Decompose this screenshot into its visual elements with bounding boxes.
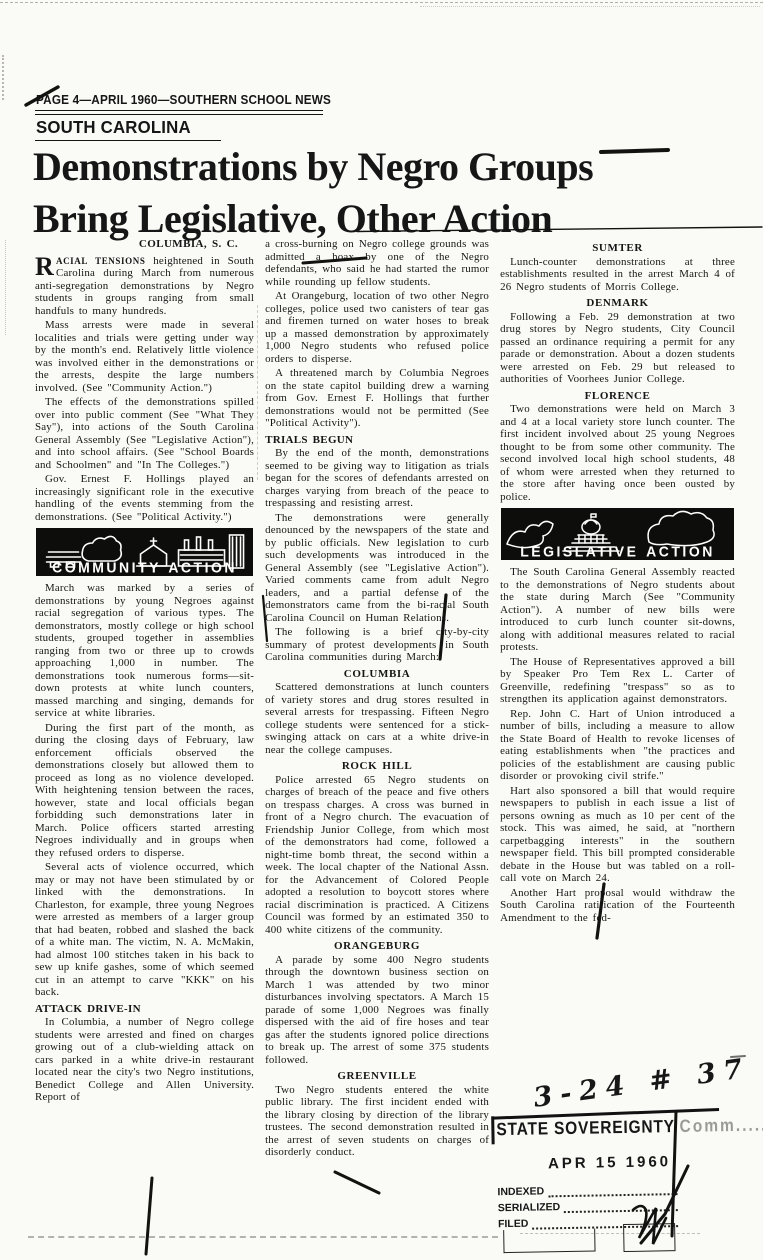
paragraph: At Orangeburg, location of two other Neg… <box>265 290 489 365</box>
dotted-leader <box>564 1201 678 1213</box>
paragraph: During the first part of the month, as d… <box>35 722 254 860</box>
stamp-left-rule <box>491 1116 494 1144</box>
kicker-underline-rule <box>35 110 323 115</box>
paragraph: A parade by some 400 Negro students thro… <box>265 954 489 1067</box>
stamp-box <box>503 1229 595 1254</box>
paragraph: Lunch-counter demonstrations at three es… <box>500 256 735 294</box>
headline-line-1: Demonstrations by Negro Groups <box>33 141 757 193</box>
page-kicker: PAGE 4—APRIL 1960—SOUTHERN SCHOOL NEWS <box>36 93 331 107</box>
lead-small-caps: ACIAL TENSIONS <box>56 256 145 266</box>
community-action-banner: COMMUNITY ACTION <box>36 528 253 576</box>
paragraph: The following is a brief city-by-city su… <box>265 626 489 664</box>
paragraph: Scattered demonstrations at lunch counte… <box>265 681 489 756</box>
newspaper-scan-page: { "page": { "kicker": "PAGE 4—APRIL 1960… <box>0 0 763 1260</box>
paragraph: RACIAL TENSIONS heightened in South Caro… <box>35 255 254 318</box>
paragraph: The South Carolina General Assembly reac… <box>500 566 735 654</box>
paragraph: A threatened march by Columbia Negroes o… <box>265 367 489 430</box>
paragraph: Gov. Ernest F. Hollings played an increa… <box>35 473 254 523</box>
paragraph: Another Hart proposal would withdraw the… <box>500 887 735 925</box>
paragraph: Police arrested 65 Negro students on cha… <box>265 774 489 937</box>
subheading: GREENVILLE <box>265 1070 489 1083</box>
stamp-row-indexed: INDEXED <box>497 1183 677 1198</box>
stamp-date: APR 15 1960 <box>548 1153 671 1172</box>
paragraph: The demonstrations were generally denoun… <box>265 512 489 625</box>
paragraph: The effects of the demonstrations spille… <box>35 396 254 471</box>
subheading: ORANGEBURG <box>265 940 489 953</box>
subheading: TRIALS BEGUN <box>265 434 489 447</box>
legislative-action-banner: LEGISLATIVE ACTION <box>501 508 734 560</box>
scan-edge-noise <box>0 2 763 3</box>
paragraph: Two demonstrations were held on March 3 … <box>500 403 735 503</box>
paragraph: Several acts of violence occurred, which… <box>35 861 254 999</box>
subheading: ATTACK DRIVE-IN <box>35 1003 254 1016</box>
paragraph: Hart also sponsored a bill that would re… <box>500 785 735 885</box>
stamp-agency-name: STATE SOVEREIGNTY Comm....... <box>496 1115 763 1141</box>
paragraph: By the end of the month, demonstrations … <box>265 447 489 510</box>
paragraph: a cross-burning on Negro college grounds… <box>265 238 489 288</box>
scan-edge-noise <box>5 240 6 335</box>
paragraph: Two Negro students entered the white pub… <box>265 1084 489 1159</box>
paragraph: Rep. John C. Hart of Union introduced a … <box>500 708 735 783</box>
stamp-box <box>623 1223 675 1252</box>
subheading: FLORENCE <box>500 390 735 403</box>
dateline: COLUMBIA, S. C. <box>35 238 254 251</box>
subheading: COLUMBIA <box>265 668 489 681</box>
paragraph: Following a Feb. 29 demonstration at two… <box>500 311 735 386</box>
sovereignty-stamp: 3-24 # 37 STATE SOVEREIGNTY Comm....... … <box>490 1066 759 1260</box>
banner-label: COMMUNITY ACTION <box>36 560 253 574</box>
article-column-1: COLUMBIA, S. C.RACIAL TENSIONS heightene… <box>35 238 254 1258</box>
subheading: DENMARK <box>500 297 735 310</box>
article-headline: Demonstrations by Negro Groups Bring Leg… <box>33 141 757 245</box>
article-column-2: a cross-burning on Negro college grounds… <box>265 238 489 1258</box>
paragraph: In Columbia, a number of Negro college s… <box>35 1016 254 1104</box>
subheading: SUMTER <box>500 242 735 255</box>
scan-edge-noise <box>2 55 4 100</box>
subheading: ROCK HILL <box>265 760 489 773</box>
section-title: SOUTH CAROLINA <box>36 117 191 138</box>
drop-cap: R <box>35 256 54 277</box>
banner-label: LEGISLATIVE ACTION <box>501 544 734 558</box>
paragraph: March was marked by a series of demonstr… <box>35 582 254 720</box>
scan-edge-noise <box>420 6 760 7</box>
paragraph: Mass arrests were made in several locali… <box>35 319 254 394</box>
paragraph: The House of Representatives approved a … <box>500 656 735 706</box>
stamp-row-serialized: SERIALIZED <box>498 1199 678 1214</box>
dotted-leader <box>548 1185 677 1197</box>
